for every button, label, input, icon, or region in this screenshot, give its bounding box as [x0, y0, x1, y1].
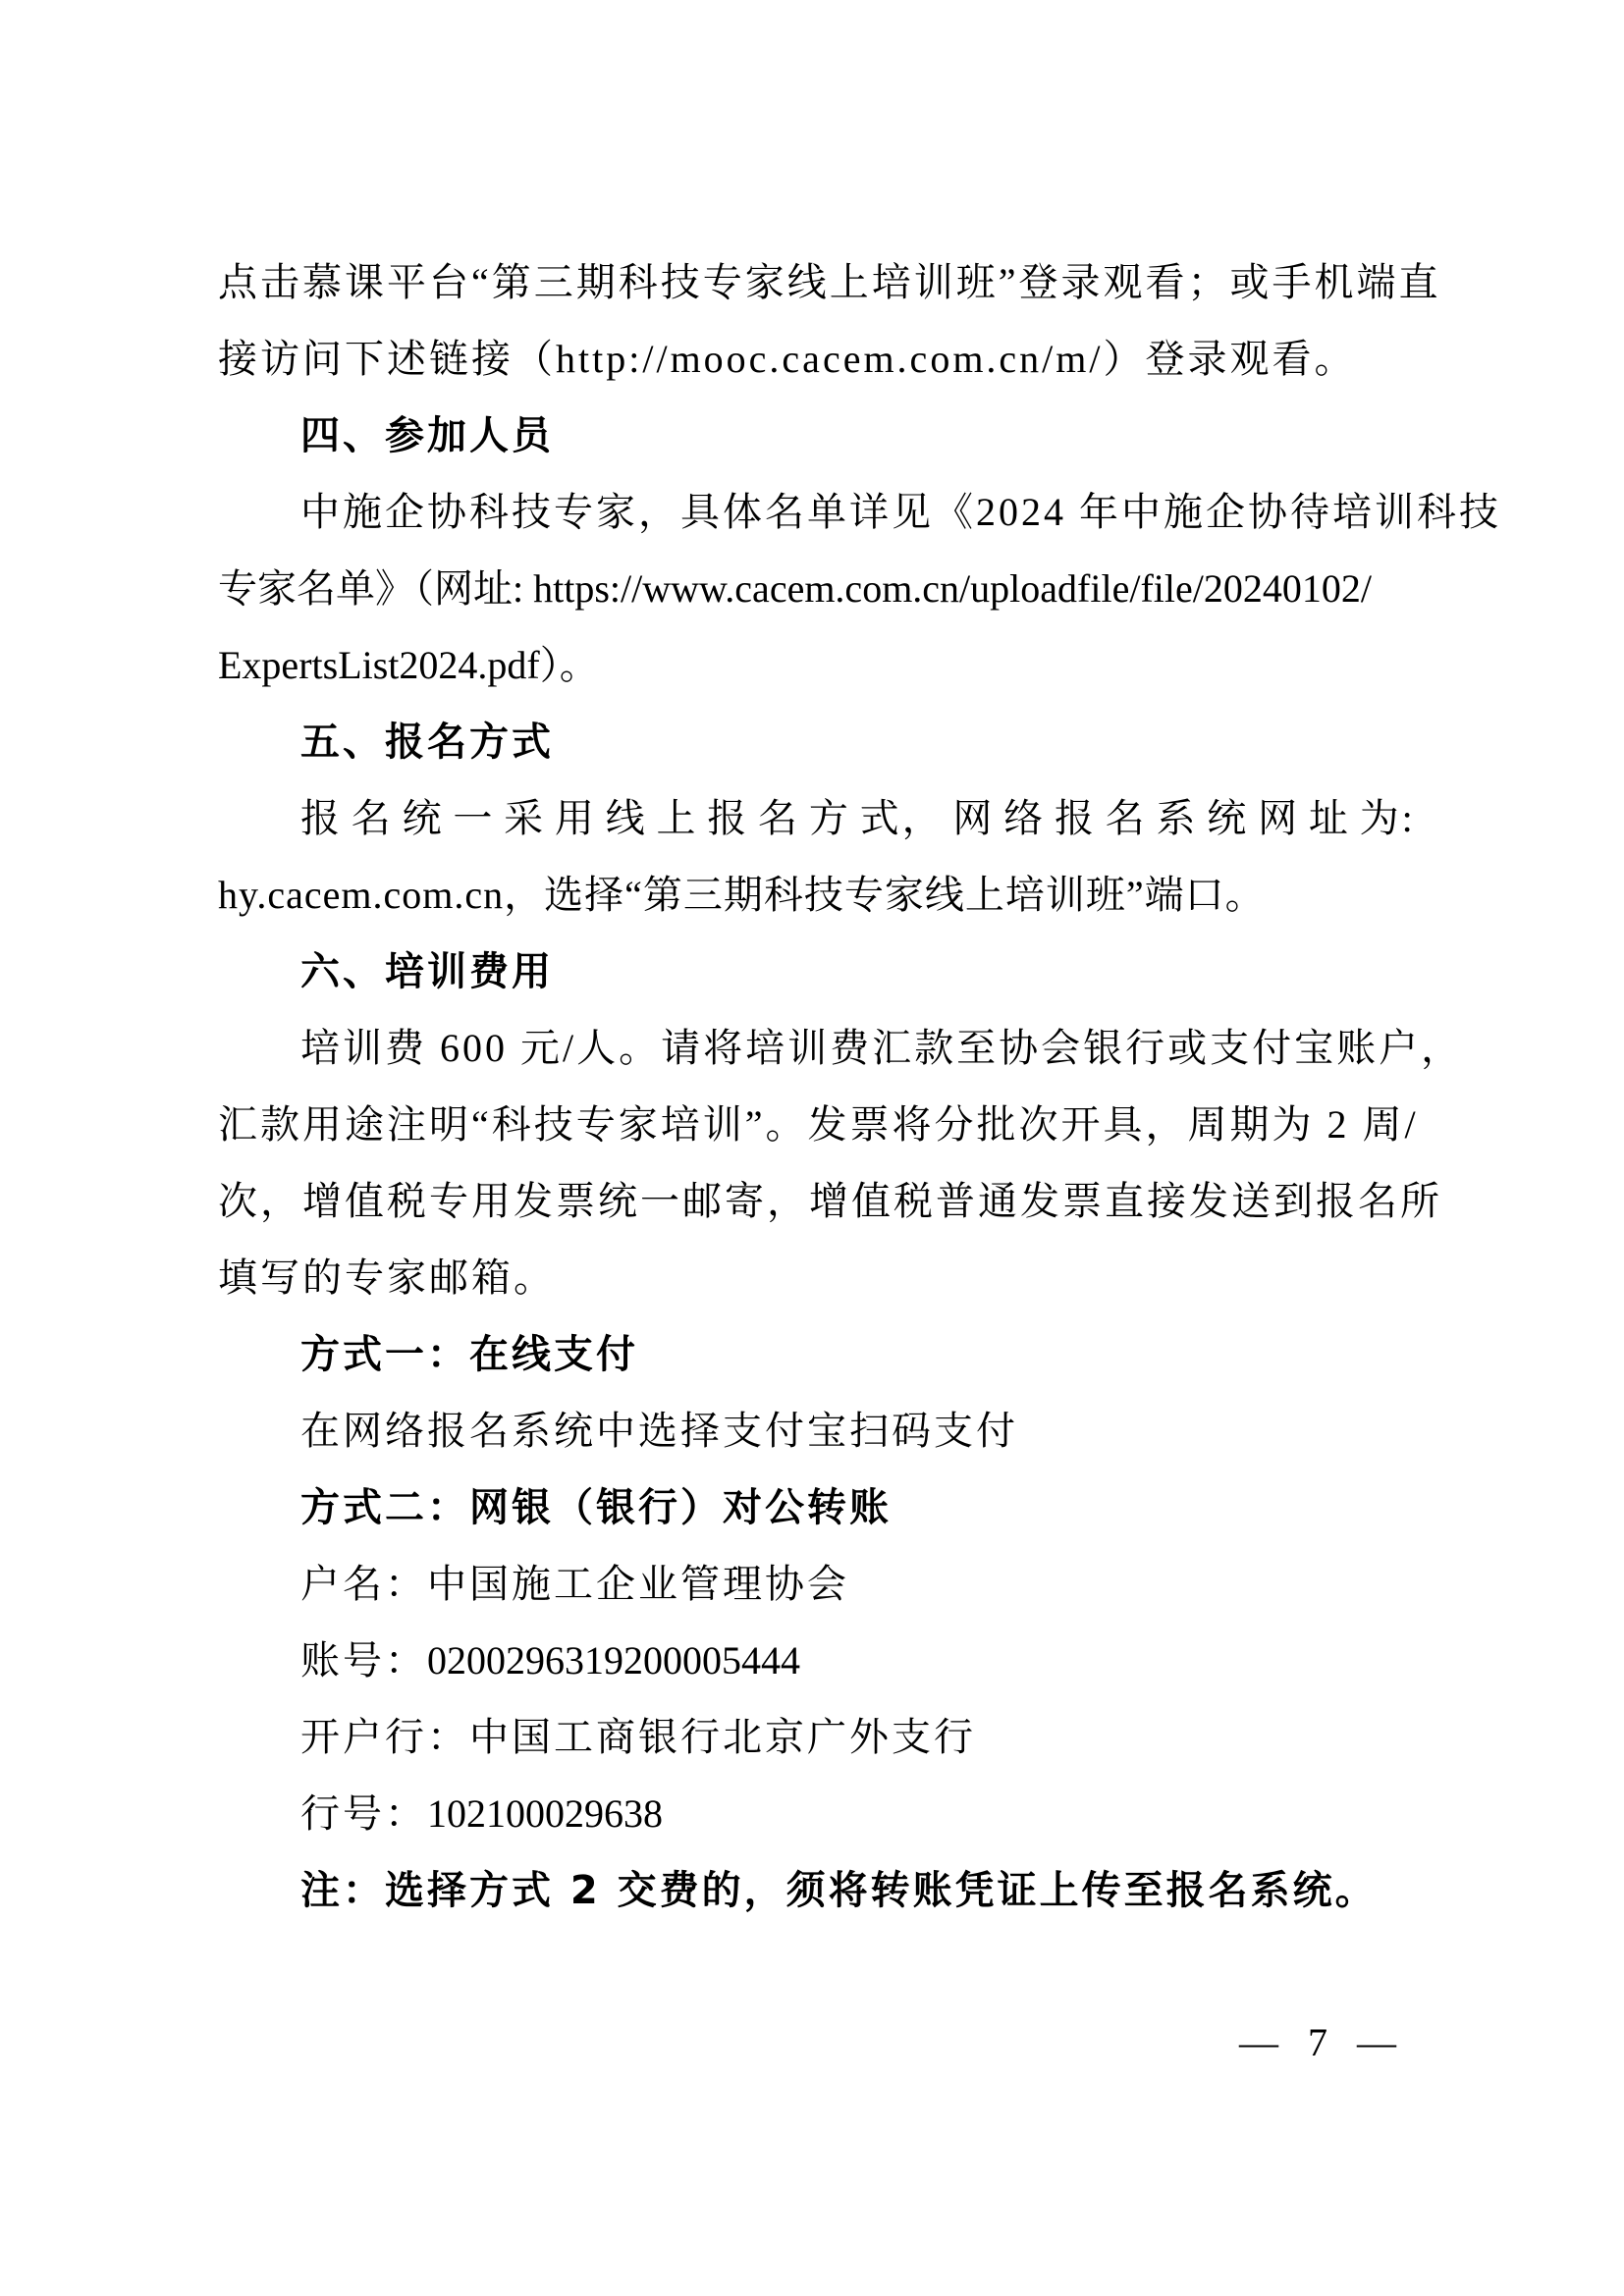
paragraph-line: 中施企协科技专家，具体名单详见《2024 年中施企协待培训科技: [300, 487, 1498, 538]
section-heading-fees: 六、培训费用: [300, 946, 1498, 997]
section-heading-participants: 四、参加人员: [300, 410, 1498, 461]
paragraph-line-justified: 报 名 统 一 采 用 线 上 报 名 方 式， 网 络 报 名 系 统 网 址…: [300, 793, 1416, 844]
char: 用: [555, 793, 597, 844]
account-name-value: 中国施工企业管理协会: [427, 1562, 849, 1606]
char: 名: [352, 793, 394, 844]
bank-code-value: 102100029638: [427, 1791, 663, 1836]
char: 统: [1207, 793, 1249, 844]
account-number-label: 账号：: [300, 1638, 427, 1682]
paragraph-line: 培训费 600 元/人。请将培训费汇款至协会银行或支付宝账户，: [300, 1023, 1498, 1074]
char: 一: [453, 793, 495, 844]
char: 址: [1309, 793, 1351, 844]
bank-label: 开户行：: [300, 1715, 469, 1759]
char: 报: [707, 793, 749, 844]
bank-code-label: 行号：: [300, 1791, 427, 1836]
bank-name-row: 开户行：中国工商银行北京广外支行: [300, 1712, 1498, 1763]
char: 网: [952, 793, 995, 844]
char: 上: [656, 793, 698, 844]
section-heading-registration: 五、报名方式: [300, 717, 1498, 768]
bank-code-row: 行号：102100029638: [300, 1789, 1498, 1840]
paragraph-line: 填写的专家邮箱。: [218, 1253, 1416, 1304]
bank-account-number-row: 账号：0200296319200005444: [300, 1635, 1498, 1686]
account-number-value: 0200296319200005444: [427, 1638, 800, 1682]
bank-account-name-row: 户名：中国施工企业管理协会: [300, 1559, 1498, 1610]
paragraph-line: 次，增值税专用发票统一邮寄，增值税普通发票直接发送到报名所: [218, 1176, 1416, 1227]
payment-method-1-text: 在网络报名系统中选择支付宝扫码支付: [300, 1406, 1498, 1457]
char: 名: [758, 793, 800, 844]
char: 式，: [860, 793, 945, 844]
bank-value: 中国工商银行北京广外支行: [469, 1715, 976, 1759]
paragraph-line-with-link: 接访问下述链接（http://mooc.cacem.com.cn/m/）登录观看…: [218, 334, 1416, 385]
account-name-label: 户名：: [300, 1562, 427, 1606]
page-number: — 7 —: [1239, 2017, 1406, 2068]
paragraph-line: 点击慕课平台“第三期科技专家线上培训班”登录观看；或手机端直: [218, 257, 1416, 308]
paragraph-line-with-url: hy.cacem.com.cn，选择“第三期科技专家线上培训班”端口。: [218, 870, 1416, 921]
char: 名: [1106, 793, 1148, 844]
char: 报: [300, 793, 343, 844]
char: 系: [1157, 793, 1199, 844]
char: 采: [504, 793, 546, 844]
char: 报: [1055, 793, 1097, 844]
char: 络: [1003, 793, 1046, 844]
char: 统: [403, 793, 445, 844]
paragraph-line-with-url: ExpertsList2024.pdf）。: [218, 640, 1416, 691]
char: 线: [606, 793, 648, 844]
paragraph-line: 汇款用途注明“科技专家培训”。发票将分批次开具，周期为 2 周/: [218, 1099, 1416, 1150]
char: 方: [809, 793, 851, 844]
paragraph-line-with-url: 专家名单》（网址: https://www.cacem.com.cn/uploa…: [218, 563, 1416, 614]
char: 为:: [1360, 793, 1416, 844]
payment-method-2-heading: 方式二：网银（银行）对公转账: [300, 1482, 1498, 1533]
payment-method-1-heading: 方式一：在线支付: [300, 1329, 1498, 1380]
payment-note: 注：选择方式 2 交费的，须将转账凭证上传至报名系统。: [300, 1865, 1498, 1916]
document-page: 点击慕课平台“第三期科技专家线上培训班”登录观看；或手机端直 接访问下述链接（h…: [0, 0, 1624, 2296]
char: 网: [1258, 793, 1300, 844]
